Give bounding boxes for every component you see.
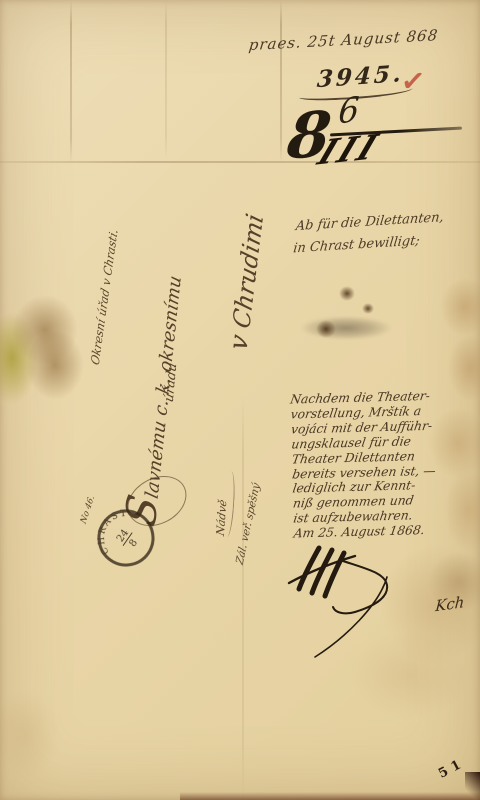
stain-olive-left (0, 312, 38, 404)
svg-text:CHRAST: CHRAST (86, 501, 137, 559)
photo-edge-bottom (180, 792, 480, 800)
address-place: v Chrudimi (224, 197, 293, 359)
stain-brown-left-bottom (26, 330, 84, 400)
stain-right-1 (440, 278, 480, 336)
letter-scan: praes. 25t August 868 3945. ✓ 8 6 III Ab… (0, 0, 480, 800)
reference-number-numerator: 6 (337, 88, 360, 132)
postmark-place: CHRAST (86, 501, 137, 559)
address-note-2: Zál. veř. spěšný (234, 443, 273, 568)
postmark-month: 8 (127, 538, 140, 550)
signature-flourish (283, 543, 423, 663)
approval-note: Ab für die Dilettanten, in Chrast bewill… (292, 205, 477, 260)
photo-edge-corner (465, 772, 480, 800)
fold-crease-horizontal (0, 161, 480, 163)
page-number: 51 (436, 755, 468, 781)
address-note-1: Nádvě (214, 468, 236, 538)
stain-ink-smear (300, 316, 392, 340)
fold-crease-vertical-right (280, 0, 282, 163)
fold-crease-vertical-left (70, 0, 72, 163)
red-check-icon: ✓ (399, 63, 427, 99)
clerk-initials: Kch (435, 593, 465, 615)
fold-crease-vertical-mid (165, 0, 167, 160)
decree-paragraph: Nachdem die Theater- vorstellung, Mrštík… (290, 388, 480, 542)
address-office-line: Okresní úřad v Chrasti. (88, 196, 133, 370)
stain-dot-1 (339, 286, 355, 301)
stain-brown-left-top (12, 295, 78, 365)
stain-bottom-left (0, 690, 60, 780)
stain-smear-core (316, 320, 336, 338)
stain-dot-2 (362, 303, 374, 314)
fold-crease-vertical-lower (242, 395, 244, 800)
